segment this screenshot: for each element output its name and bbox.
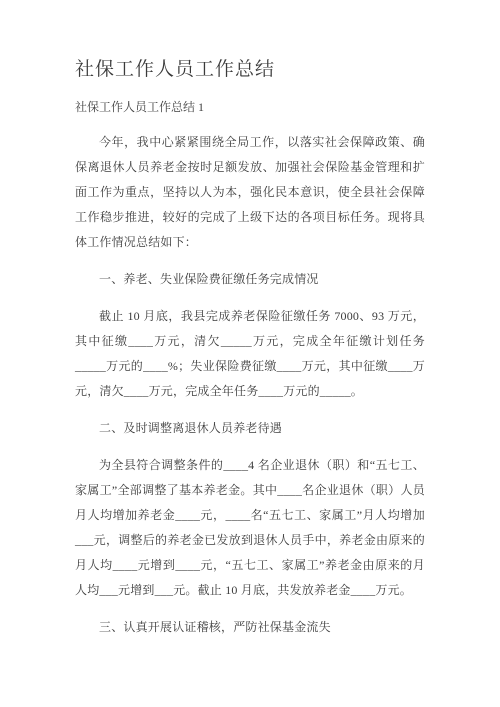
document-page: 社保工作人员工作总结 社保工作人员工作总结 1 今年，我中心紧紧围绕全局工作，以… [0, 0, 500, 707]
section-1-heading: 一、养老、失业保险费征缴任务完成情况 [75, 267, 425, 292]
document-subtitle: 社保工作人员工作总结 1 [75, 98, 425, 116]
section-3-heading: 三、认真开展认证稽核，严防社保基金流失 [75, 615, 425, 640]
document-title: 社保工作人员工作总结 [75, 58, 425, 82]
section-2-heading: 二、及时调整离退休人员养老待遇 [75, 416, 425, 441]
intro-paragraph: 今年，我中心紧紧围绕全局工作，以落实社会保障政策、确保离退休人员养老金按时足额发… [75, 130, 425, 255]
section-2-paragraph: 为全县符合调整条件的____4 名企业退休（职）和“五七工、家属工”全部调整了基… [75, 453, 425, 603]
section-1-paragraph: 截止 10 月底，我县完成养老保险征缴任务 7000、93 万元，其中征缴___… [75, 304, 425, 404]
document-content: 社保工作人员工作总结 社保工作人员工作总结 1 今年，我中心紧紧围绕全局工作，以… [0, 0, 500, 640]
